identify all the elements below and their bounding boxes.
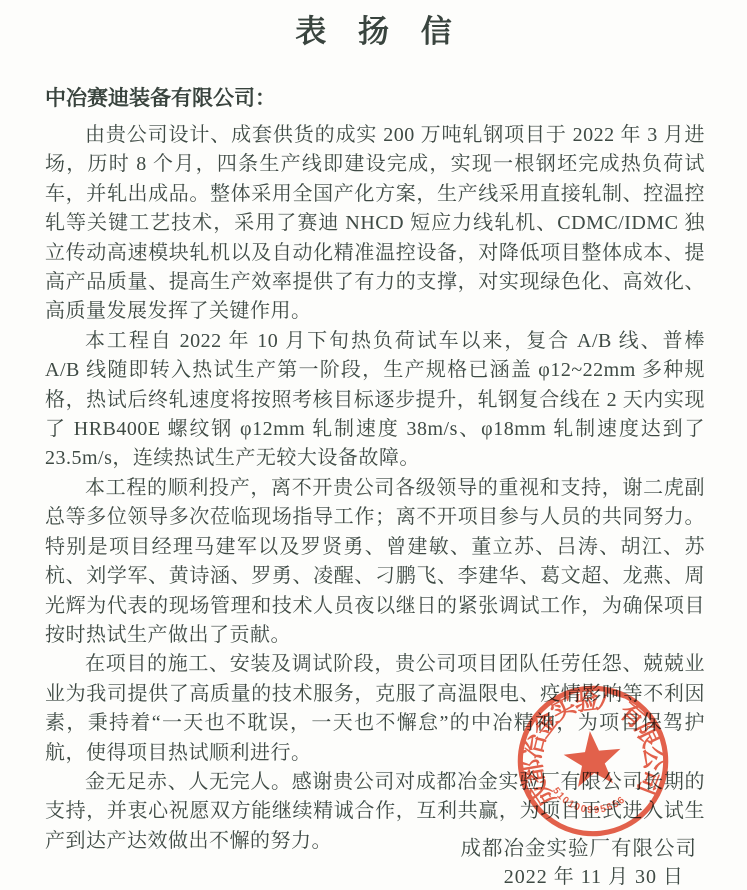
letter-page: 表 扬 信 中冶赛迪装备有限公司： 由贵公司设计、成套供货的成实 200 万吨轧… — [0, 0, 747, 890]
seal-serial-number: 510100995656 — [549, 779, 629, 821]
paragraph-acknowledgement-people: 本工程的顺利投产，离不开贵公司各级领导的重视和支持，谢二虎副总等多位领导多次莅临… — [45, 474, 705, 650]
paragraph-trial-production: 本工程自 2022 年 10 月下旬热负荷试车以来，复合 A/B 线、普棒 A/… — [45, 327, 705, 474]
company-seal: 成都冶金实验厂有限公司 510100995656 — [506, 674, 680, 848]
seal-serial-holder: 510100995656 — [549, 779, 629, 821]
signature-date: 2022 年 11 月 30 日 — [504, 860, 684, 889]
seal-star-icon — [561, 728, 623, 788]
salutation: 中冶赛迪装备有限公司： — [45, 86, 705, 112]
paragraph-project-overview: 由贵公司设计、成套供货的成实 200 万吨轧钢项目于 2022 年 3 月进场，… — [45, 121, 705, 327]
letter-title: 表 扬 信 — [0, 14, 747, 50]
